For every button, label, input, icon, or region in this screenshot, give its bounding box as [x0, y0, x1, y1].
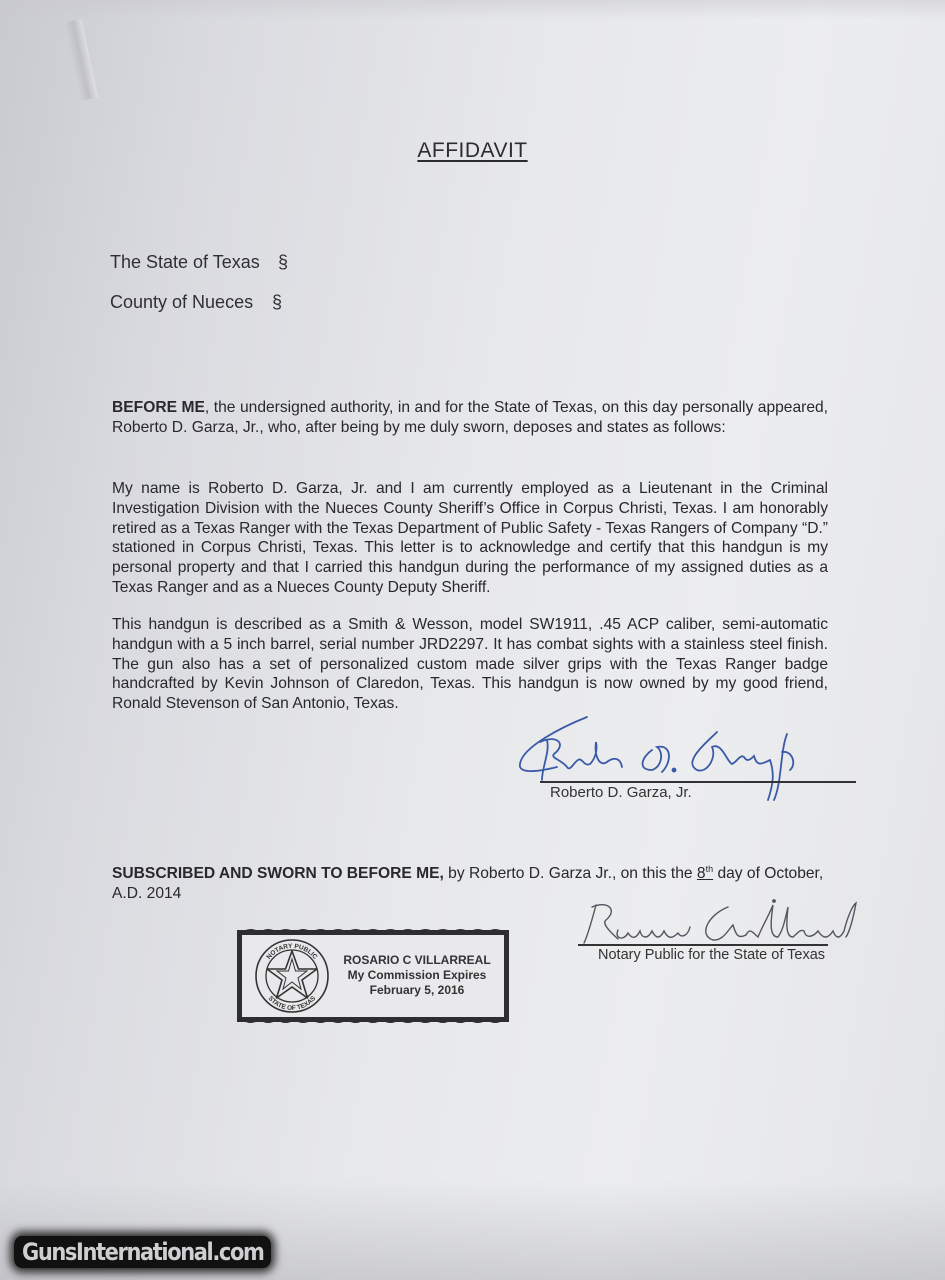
document-title: AFFIDAVIT	[0, 139, 945, 163]
intro-lead: BEFORE ME	[112, 399, 205, 416]
svg-text:STATE OF TEXAS: STATE OF TEXAS	[267, 995, 318, 1013]
venue-state-text: The State of Texas	[110, 252, 260, 272]
paragraph-employment: My name is Roberto D. Garza, Jr. and I a…	[112, 479, 828, 598]
venue-county-text: County of Nueces	[110, 292, 253, 312]
seal-notary-name: ROSARIO C VILLARREAL	[342, 953, 492, 968]
paper-fold	[64, 19, 98, 101]
intro-text: , the undersigned authority, in and for …	[112, 399, 828, 436]
section-symbol: §	[272, 292, 282, 313]
title-text: AFFIDAVIT	[417, 139, 527, 162]
venue-state: The State of Texas §	[110, 252, 260, 273]
section-symbol: §	[278, 252, 288, 273]
jurat-day: 8	[697, 865, 706, 882]
seal-expiration-date: February 5, 2016	[342, 983, 492, 998]
site-watermark: GunsInternational.com	[14, 1236, 271, 1268]
jurat-lead: SUBSCRIBED AND SWORN TO BEFORE ME,	[112, 865, 444, 882]
stamp-border-scallop	[242, 1020, 504, 1026]
notary-seal-stamp: NOTARY PUBLIC STATE OF TEXAS ROSARIO C V…	[237, 930, 509, 1022]
notary-label: Notary Public for the State of Texas	[598, 947, 825, 963]
affiant-printed-name: Roberto D. Garza, Jr.	[550, 784, 692, 801]
notary-handwritten-signature	[578, 895, 868, 950]
texas-star-seal-icon: NOTARY PUBLIC STATE OF TEXAS	[250, 938, 334, 1014]
jurat-day-suffix: th	[706, 864, 714, 874]
notary-signature-line	[578, 944, 828, 946]
seal-text-block: ROSARIO C VILLARREAL My Commission Expir…	[342, 953, 492, 998]
jurat-text: by Roberto D. Garza Jr., on this the	[444, 865, 697, 882]
seal-commission-label: My Commission Expires	[342, 968, 492, 983]
paragraph-handgun: This handgun is described as a Smith & W…	[112, 615, 828, 714]
intro-paragraph: BEFORE ME, the undersigned authority, in…	[112, 398, 828, 438]
venue-county: County of Nueces §	[110, 292, 253, 313]
affiant-signature-line	[540, 781, 856, 783]
stamp-border-scallop	[242, 926, 504, 932]
